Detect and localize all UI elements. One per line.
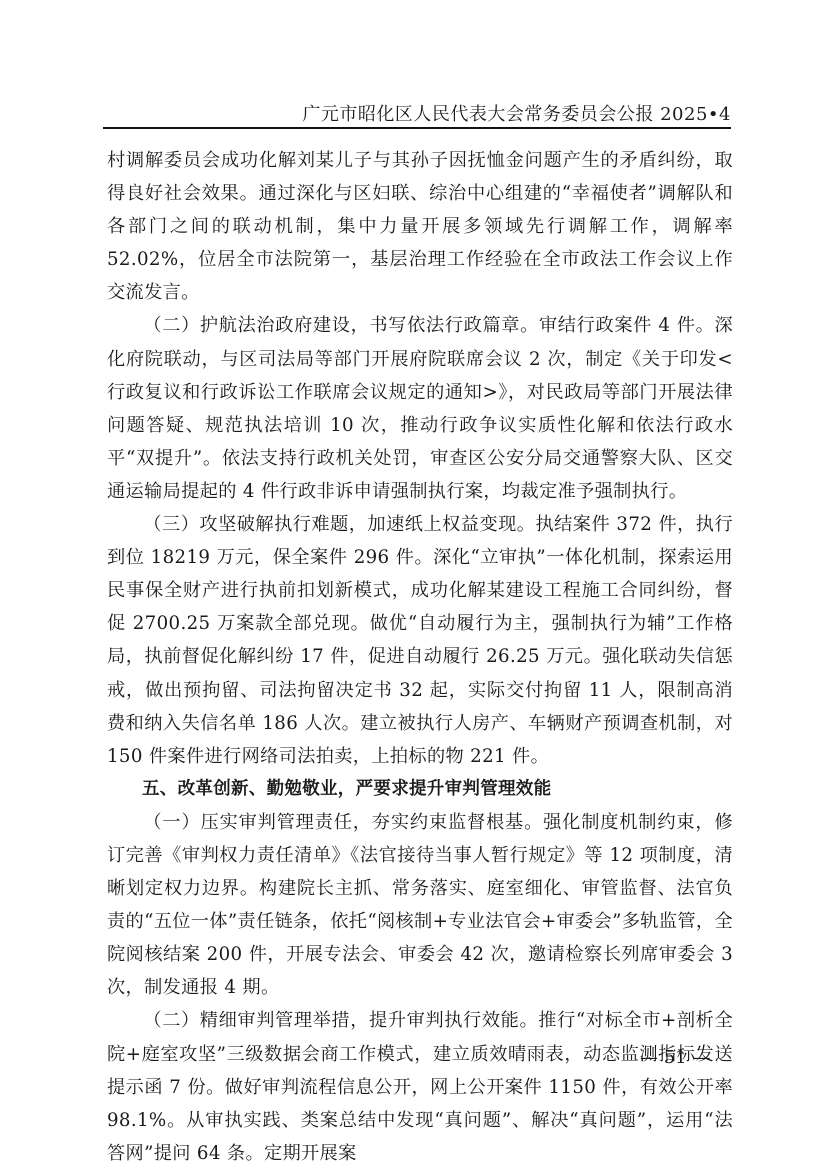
running-header: 广元市昭化区人民代表大会常务委员会公报 2025•4 (103, 104, 731, 126)
paragraph-management-responsibility: （一）压实审判管理责任，夯实约束监督根基。强化制度机制约束，修订完善《审判权力责… (107, 806, 733, 1005)
paragraph-enforcement: （三）攻坚破解执行难题，加速纸上权益变现。执结案件 372 件，执行到位 182… (107, 508, 733, 773)
section-heading: 五、改革创新、勤勉敬业，严要求提升审判管理效能 (107, 773, 733, 806)
page-number: — 51 — (640, 1047, 710, 1068)
paragraph-text: 强化制度机制约束，修订完善《审判权力责任清单》《法官接待当事人暂行规定》等 12… (107, 812, 733, 998)
subheading-runin: （一）压实审判管理责任，夯实约束监督根基。 (143, 812, 543, 833)
paragraph-management-measures: （二）精细审判管理举措，提升审判执行效能。推行“对标全市+剖析全院+庭室攻坚”三… (107, 1004, 733, 1169)
subheading-runin: （二）精细审判管理举措，提升审判执行效能。 (143, 1010, 538, 1031)
page-body: 村调解委员会成功化解刘某儿子与其孙子因抚恤金问题产生的矛盾纠纷，取得良好社会效果… (107, 144, 733, 1170)
paragraph-administrative-litigation: （二）护航法治政府建设，书写依法行政篇章。审结行政案件 4 件。深化府院联动，与… (107, 309, 733, 508)
header-rule-divider (103, 127, 731, 129)
paragraph-continued: 村调解委员会成功化解刘某儿子与其孙子因抚恤金问题产生的矛盾纠纷，取得良好社会效果… (107, 144, 733, 309)
paragraph-text: 审结行政案件 4 件。深化府院联动，与区司法局等部门开展府院联席会议 2 次，制… (107, 315, 733, 501)
subheading-runin: （三）攻坚破解执行难题，加速纸上权益变现。 (143, 514, 535, 535)
paragraph-text: 执结案件 372 件，执行到位 18219 万元，保全案件 296 件。深化“立… (107, 514, 733, 767)
subheading-runin: （二）护航法治政府建设，书写依法行政篇章。 (143, 315, 539, 336)
paragraph-text: 推行“对标全市+剖析全院+庭室攻坚”三级数据会商工作模式，建立质效晴雨表，动态监… (107, 1010, 733, 1163)
